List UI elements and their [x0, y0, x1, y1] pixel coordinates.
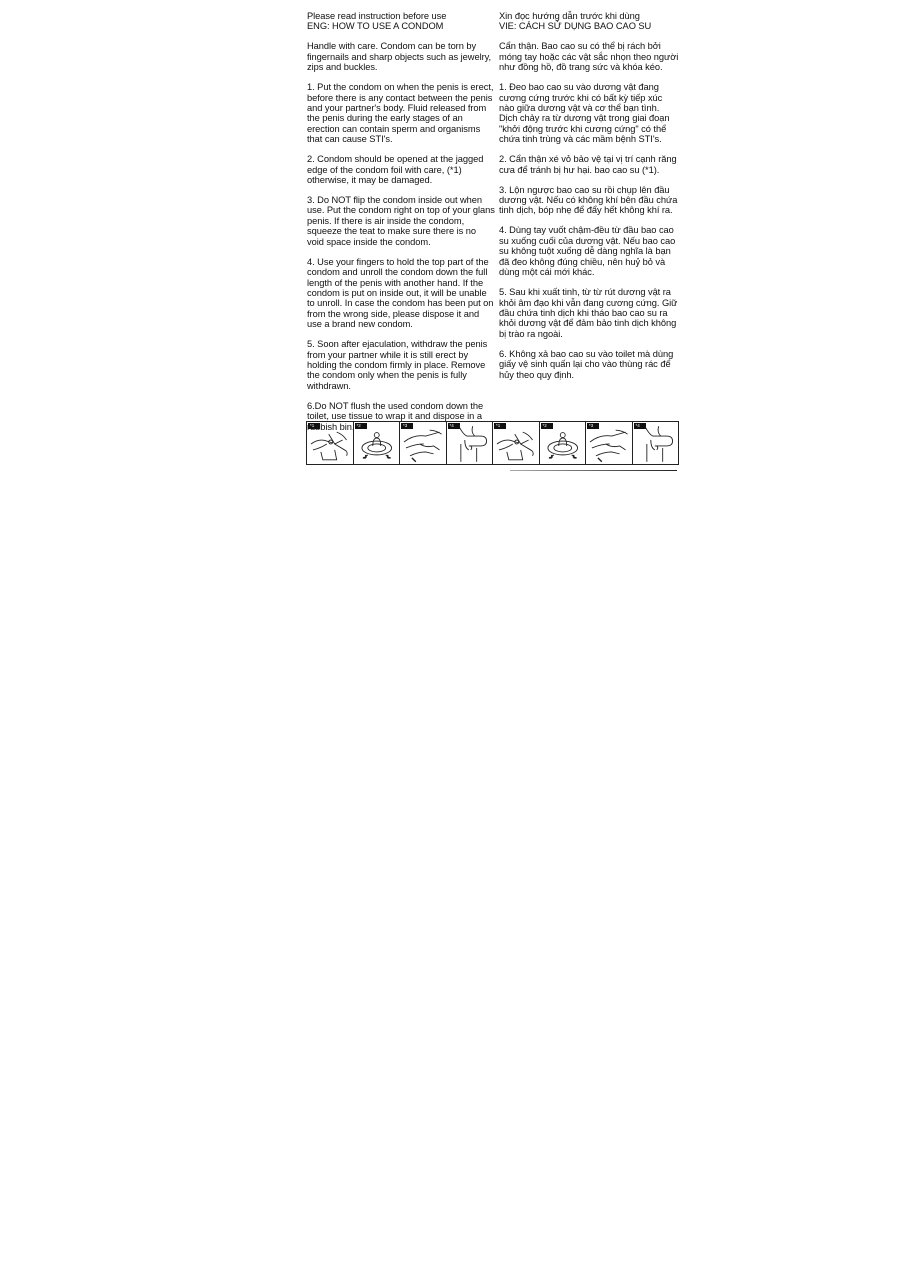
- pinch-tip-icon: [400, 422, 446, 464]
- illustration-panel-1: *1: [306, 422, 353, 464]
- illustration-panel-5: *1: [492, 422, 539, 464]
- illustration-strip: *1 *2 *3 *4 *1: [306, 421, 679, 465]
- english-step-2: 2. Condom should be opened at the jagged…: [307, 154, 495, 185]
- vietnamese-intro-line: Xin đọc hướng dẫn trước khi dùng: [499, 11, 640, 21]
- english-header: Please read instruction before use ENG: …: [307, 11, 495, 32]
- unroll-icon: [633, 422, 679, 464]
- condom-teat-icon: [540, 422, 586, 464]
- open-foil-icon: [307, 422, 353, 464]
- english-caution: Handle with care. Condom can be torn by …: [307, 41, 495, 72]
- unroll-icon: [447, 422, 493, 464]
- vietnamese-instructions: Xin đọc hướng dẫn trước khi dùng VIE: CÁ…: [499, 11, 679, 390]
- pinch-tip-icon: [586, 422, 632, 464]
- english-instructions: Please read instruction before use ENG: …: [307, 11, 495, 442]
- vietnamese-step-2: 2. Cẩn thận xé vỏ bảo vệ tại vị trí cạnh…: [499, 154, 679, 175]
- illustration-panel-2: *2: [353, 422, 400, 464]
- english-step-3: 3. Do NOT flip the condom inside out whe…: [307, 195, 495, 247]
- english-heading: ENG: HOW TO USE A CONDOM: [307, 21, 443, 31]
- illustration-panel-4: *4: [446, 422, 493, 464]
- english-step-1: 1. Put the condom on when the penis is e…: [307, 82, 495, 144]
- illustration-panel-8: *4: [632, 422, 680, 464]
- illustration-panel-7: *3: [585, 422, 632, 464]
- vietnamese-heading: VIE: CÁCH SỬ DỤNG BAO CAO SU: [499, 21, 651, 31]
- english-intro-line: Please read instruction before use: [307, 11, 446, 21]
- english-step-4: 4. Use your fingers to hold the top part…: [307, 257, 495, 330]
- vietnamese-caution: Cẩn thận. Bao cao su có thể bị rách bởi …: [499, 41, 679, 72]
- illustration-panel-6: *2: [539, 422, 586, 464]
- vietnamese-step-5: 5. Sau khi xuất tinh, từ từ rút dương vậ…: [499, 287, 679, 339]
- condom-teat-icon: [354, 422, 400, 464]
- illustration-panel-3: *3: [399, 422, 446, 464]
- english-step-5: 5. Soon after ejaculation, withdraw the …: [307, 339, 495, 391]
- vietnamese-header: Xin đọc hướng dẫn trước khi dùng VIE: CÁ…: [499, 11, 679, 32]
- bottom-divider: [510, 470, 677, 471]
- vietnamese-step-6: 6. Không xả bao cao su vào toilet mà dùn…: [499, 349, 679, 380]
- vietnamese-step-3: 3. Lộn ngược bao cao su rồi chụp lên đầu…: [499, 185, 679, 216]
- vietnamese-step-4: 4. Dùng tay vuốt chậm-đều từ đầu bao cao…: [499, 225, 679, 277]
- vietnamese-step-1: 1. Đeo bao cao su vào dương vật đang cươ…: [499, 82, 679, 144]
- open-foil-icon: [493, 422, 539, 464]
